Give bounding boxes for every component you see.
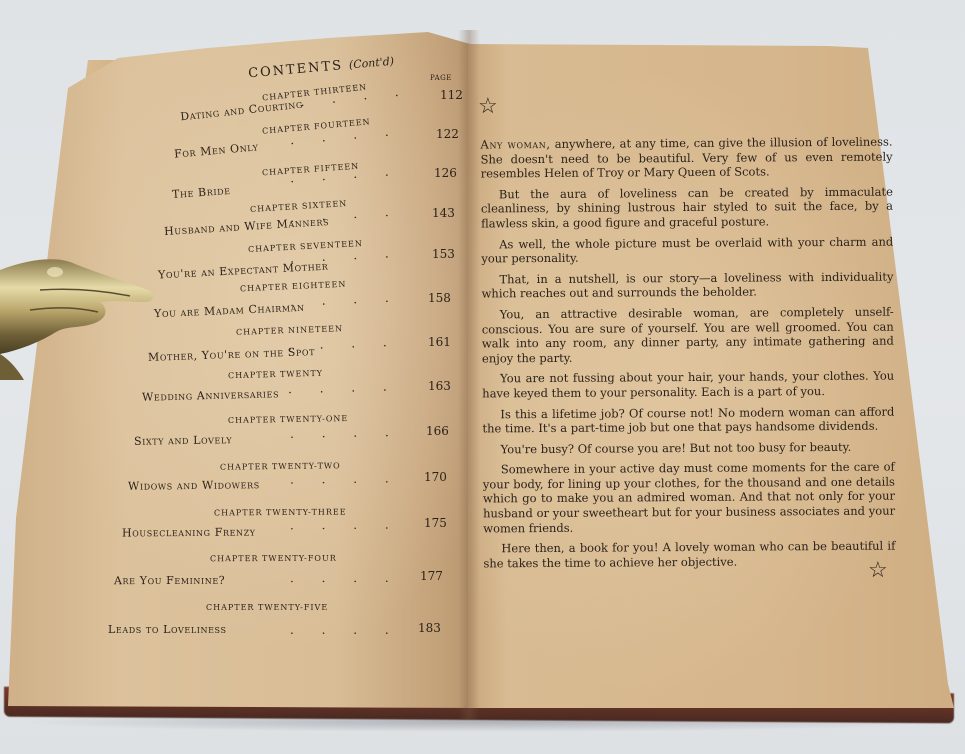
toc-page-number: 175 <box>424 516 447 530</box>
toc-page-number: 163 <box>428 379 451 393</box>
toc-chapter-title: For Men Only <box>174 140 259 160</box>
body-paragraph: You're busy? Of course you are! But not … <box>483 439 895 456</box>
toc-leader-dots: . . . . <box>288 335 387 352</box>
toc-chapter-title: The Bride <box>172 184 231 201</box>
toc-page-number: 166 <box>426 424 449 438</box>
toc-chapter-label: Chapter Twenty <box>228 369 323 380</box>
toc-chapter-title: Dating and Courting <box>180 98 304 124</box>
contents-title: CONTENTS(Cont'd) <box>248 54 395 82</box>
toc-page-number: 122 <box>436 127 459 141</box>
toc-chapter-label: Chapter Twenty-One <box>228 414 348 425</box>
body-paragraph: You are not fussing about your hair, you… <box>482 369 894 401</box>
toc-leader-dots: . . . . <box>288 380 387 397</box>
body-paragraph: Any woman, anywhere, at any time, can gi… <box>480 135 892 182</box>
toc-leader-dots: . . . . <box>290 291 389 309</box>
toc-page-number: 112 <box>440 88 463 102</box>
toc-leader-dots: . . . . <box>290 623 389 637</box>
toc-page-number: 170 <box>424 470 447 484</box>
toc-chapter-title: Leads to Loveliness <box>108 623 227 636</box>
body-paragraph: Somewhere in your active day must come m… <box>483 460 895 536</box>
toc-chapter-label: Chapter Nineteen <box>236 324 343 337</box>
toc-chapter-label: Chapter Twenty-Two <box>220 461 341 471</box>
body-paragraph: But the aura of loveliness can be create… <box>481 184 893 231</box>
contents-title-text: CONTENTS <box>248 58 344 81</box>
toc-page-number: 126 <box>434 166 457 180</box>
toc-chapter-label: Chapter Eighteen <box>240 280 347 294</box>
body-paragraph: That, in a nutshell, is our story—a love… <box>481 269 893 301</box>
toc-chapter-title: Are You Feminine? <box>114 574 225 587</box>
brass-hand-icon <box>0 250 160 380</box>
body-paragraph: Is this a lifetime job? Of course not! N… <box>482 404 894 436</box>
star-outline-icon: ☆ <box>478 96 498 118</box>
toc-chapter-label: Chapter Twenty-Five <box>206 603 328 612</box>
toc-chapter-label: Chapter Twenty-Four <box>210 554 337 563</box>
toc-chapter-title: Widows and Widowers <box>128 478 260 493</box>
page-column-header: PAGE <box>430 74 452 82</box>
toc-page-number: 177 <box>420 569 443 583</box>
toc-page-number: 158 <box>428 291 451 305</box>
toc-page-number: 183 <box>418 621 441 635</box>
toc-chapter-title: Housecleaning Frenzy <box>122 526 256 540</box>
toc-chapter-title: Wedding Anniversaries <box>142 387 279 404</box>
body-paragraph: You, an attractive desirable woman, are … <box>482 305 894 366</box>
lead-words: Any woman, <box>480 137 550 151</box>
toc-page-number: 161 <box>428 335 451 349</box>
photo-scene: CONTENTS(Cont'd) PAGE Chapter ThirteenDa… <box>0 0 965 754</box>
toc-page-number: 143 <box>432 206 455 220</box>
toc-chapter-title: You are Madam Chairman <box>154 301 305 321</box>
toc-leader-dots: . . . . <box>290 471 389 486</box>
toc-chapter-label: Chapter Twenty-Three <box>214 508 347 518</box>
contents-title-suffix: (Cont'd) <box>348 55 394 72</box>
toc-leader-dots: . . . . <box>290 571 389 585</box>
toc-leader-dots: . . . . <box>290 425 389 441</box>
body-text: Any woman, anywhere, at any time, can gi… <box>480 135 895 577</box>
toc-page-number: 153 <box>432 247 455 261</box>
body-paragraph: As well, the whole picture must be overl… <box>481 234 893 266</box>
toc-chapter-title: Sixty and Lovely <box>134 433 232 448</box>
toc-leader-dots: . . . . <box>290 518 389 533</box>
star-outline-icon: ☆ <box>868 560 888 582</box>
body-paragraph: Here then, a book for you! A lovely woma… <box>483 539 895 571</box>
